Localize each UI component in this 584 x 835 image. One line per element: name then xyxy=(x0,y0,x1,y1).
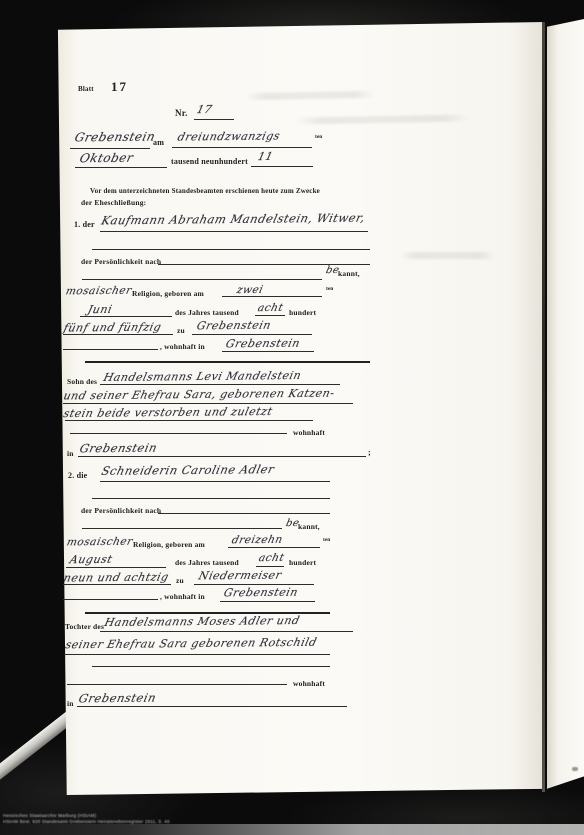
am-label: am xyxy=(153,138,164,147)
bride-known-label: kannt, xyxy=(298,522,320,531)
ruled-line xyxy=(100,231,368,232)
groom-wohnhaft-label: , wohnhaft in xyxy=(160,342,205,351)
intro-line2: der Eheschließung: xyxy=(81,198,146,207)
ruled-line xyxy=(100,631,353,632)
ruled-line xyxy=(251,166,313,167)
ruled-line xyxy=(82,279,322,280)
groom-known-label: kannt, xyxy=(338,269,360,278)
bride-wohnhaft2-label: wohnhaft xyxy=(293,679,325,688)
ruled-line xyxy=(220,601,315,602)
groom-item-label: 1. der xyxy=(74,220,95,229)
ruled-line xyxy=(78,456,366,457)
bride-religion-label: Religion, geboren am xyxy=(133,540,205,549)
groom-birth-month: Juni xyxy=(86,303,113,316)
ruled-line xyxy=(63,403,353,404)
groom-wohnhaft2-label: wohnhaft xyxy=(293,428,325,437)
record-number-label: Nr. xyxy=(175,108,188,118)
marriage-month-handwritten: Oktober xyxy=(78,151,135,166)
groom-in-label: in xyxy=(67,449,74,458)
ruled-line xyxy=(63,599,158,600)
ruled-line xyxy=(158,513,330,514)
record-number-value: 17 xyxy=(195,103,213,116)
ruled-line xyxy=(100,384,340,385)
intro-line1: Vor dem unterzeichneten Standesbeamten e… xyxy=(90,187,320,195)
bride-tochter-label: Tochter des xyxy=(65,622,104,631)
bride-birth-place: Niedermeiser xyxy=(197,569,283,583)
bride-birth-day: dreizehn xyxy=(231,534,285,547)
marriage-day-handwritten: dreiundzwanzigs xyxy=(176,129,281,143)
ten-suffix: ten xyxy=(323,537,330,543)
ruled-line xyxy=(228,547,320,548)
bride-item-label: 2. die xyxy=(68,471,87,480)
bride-birth-month: August xyxy=(68,553,113,566)
page-gutter-line xyxy=(542,22,545,792)
ten-suffix: ten xyxy=(326,286,333,292)
section-divider xyxy=(85,361,370,363)
scanner-footer-bar xyxy=(0,824,584,835)
ruled-line xyxy=(67,684,287,685)
bride-jahres-label: des Jahres tausend xyxy=(175,558,239,567)
groom-hundert-label: hundert xyxy=(289,308,316,317)
ruled-line xyxy=(255,315,285,316)
ten-suffix: ten xyxy=(315,134,322,140)
groom-semicolon: ; xyxy=(368,448,371,457)
bride-religion: mosaischer xyxy=(65,536,134,549)
ruled-line xyxy=(92,249,370,250)
groom-zu-label: zu xyxy=(177,326,185,335)
ruled-line xyxy=(92,666,330,667)
ink-smudge xyxy=(572,767,578,771)
groom-identity-label: der Persönlichkeit nach xyxy=(81,257,161,266)
blatt-number: 17 xyxy=(111,79,128,95)
groom-last-residence: Grebenstein xyxy=(78,441,159,456)
ruled-line xyxy=(77,706,347,707)
bride-last-residence: Grebenstein xyxy=(77,691,158,706)
bride-name: Schneiderin Caroline Adler xyxy=(100,462,276,478)
bride-hundert-label: hundert xyxy=(289,558,316,567)
archive-footer-line1: Hessisches Staatsarchiv Marburg (HStAM) xyxy=(3,813,96,818)
ruled-line xyxy=(222,351,314,352)
groom-parents-line3: stein beide verstorben und zuletzt xyxy=(62,405,274,420)
groom-sohn-label: Sohn des xyxy=(67,377,97,386)
ruled-line xyxy=(194,119,234,120)
bride-residence: Grebenstein xyxy=(222,586,299,600)
ruled-line xyxy=(75,167,167,168)
bride-birth-year: neun und achtzig xyxy=(62,570,170,584)
ruled-line xyxy=(82,528,282,529)
marriage-year-handwritten: 11 xyxy=(256,150,274,163)
ruled-line xyxy=(70,433,287,434)
groom-birth-day: zwei xyxy=(236,284,265,296)
bride-century: acht xyxy=(258,552,286,564)
groom-birth-place: Grebenstein xyxy=(195,319,272,333)
blatt-label: Blatt xyxy=(78,85,94,93)
ruled-line xyxy=(222,296,322,297)
ruled-line xyxy=(66,567,166,568)
archive-footer-line2: HStAM Best. 920 Standesamt Grebenstein H… xyxy=(3,819,170,824)
ruled-line xyxy=(92,498,330,499)
document-scan: Blatt 17 Nr. 17 Grebenstein am dreiundzw… xyxy=(0,0,584,835)
ruled-line xyxy=(63,349,158,350)
ruled-line xyxy=(64,654,330,655)
bleed-through-mark xyxy=(400,252,495,259)
ruled-line xyxy=(172,147,312,148)
ruled-line xyxy=(80,316,172,317)
ruled-line xyxy=(70,148,150,149)
groom-religion-label: Religion, geboren am xyxy=(132,289,204,298)
bride-wohnhaft-label: , wohnhaft in xyxy=(160,592,205,601)
next-page-edge xyxy=(547,19,584,795)
groom-parents-line1: Handelsmanns Levi Mandelstein xyxy=(102,369,303,384)
ruled-line xyxy=(65,420,313,421)
tausend-neunhundert-label: tausend neunhundert xyxy=(171,157,248,166)
groom-jahres-label: des Jahres tausend xyxy=(175,308,239,317)
marriage-place-handwritten: Grebenstein xyxy=(73,130,157,145)
bride-parents-line1: Handelsmanns Moses Adler und xyxy=(103,614,301,629)
bride-in-label: in xyxy=(67,699,74,708)
ruled-line xyxy=(192,334,312,335)
ruled-line xyxy=(100,481,330,482)
bride-zu-label: zu xyxy=(176,576,184,585)
groom-residence: Grebenstein xyxy=(224,337,301,351)
groom-birth-year: fünf und fünfzig xyxy=(62,320,163,334)
ruled-line xyxy=(256,566,284,567)
bride-parents-line2: seiner Ehefrau Sara geborenen Rotschild xyxy=(64,636,318,652)
bride-identity-label: der Persönlichkeit nach xyxy=(81,506,161,515)
groom-religion: mosaischer xyxy=(64,285,133,298)
groom-century: acht xyxy=(257,302,285,314)
groom-name: Kaufmann Abraham Mandelstein, Witwer, xyxy=(100,211,367,228)
